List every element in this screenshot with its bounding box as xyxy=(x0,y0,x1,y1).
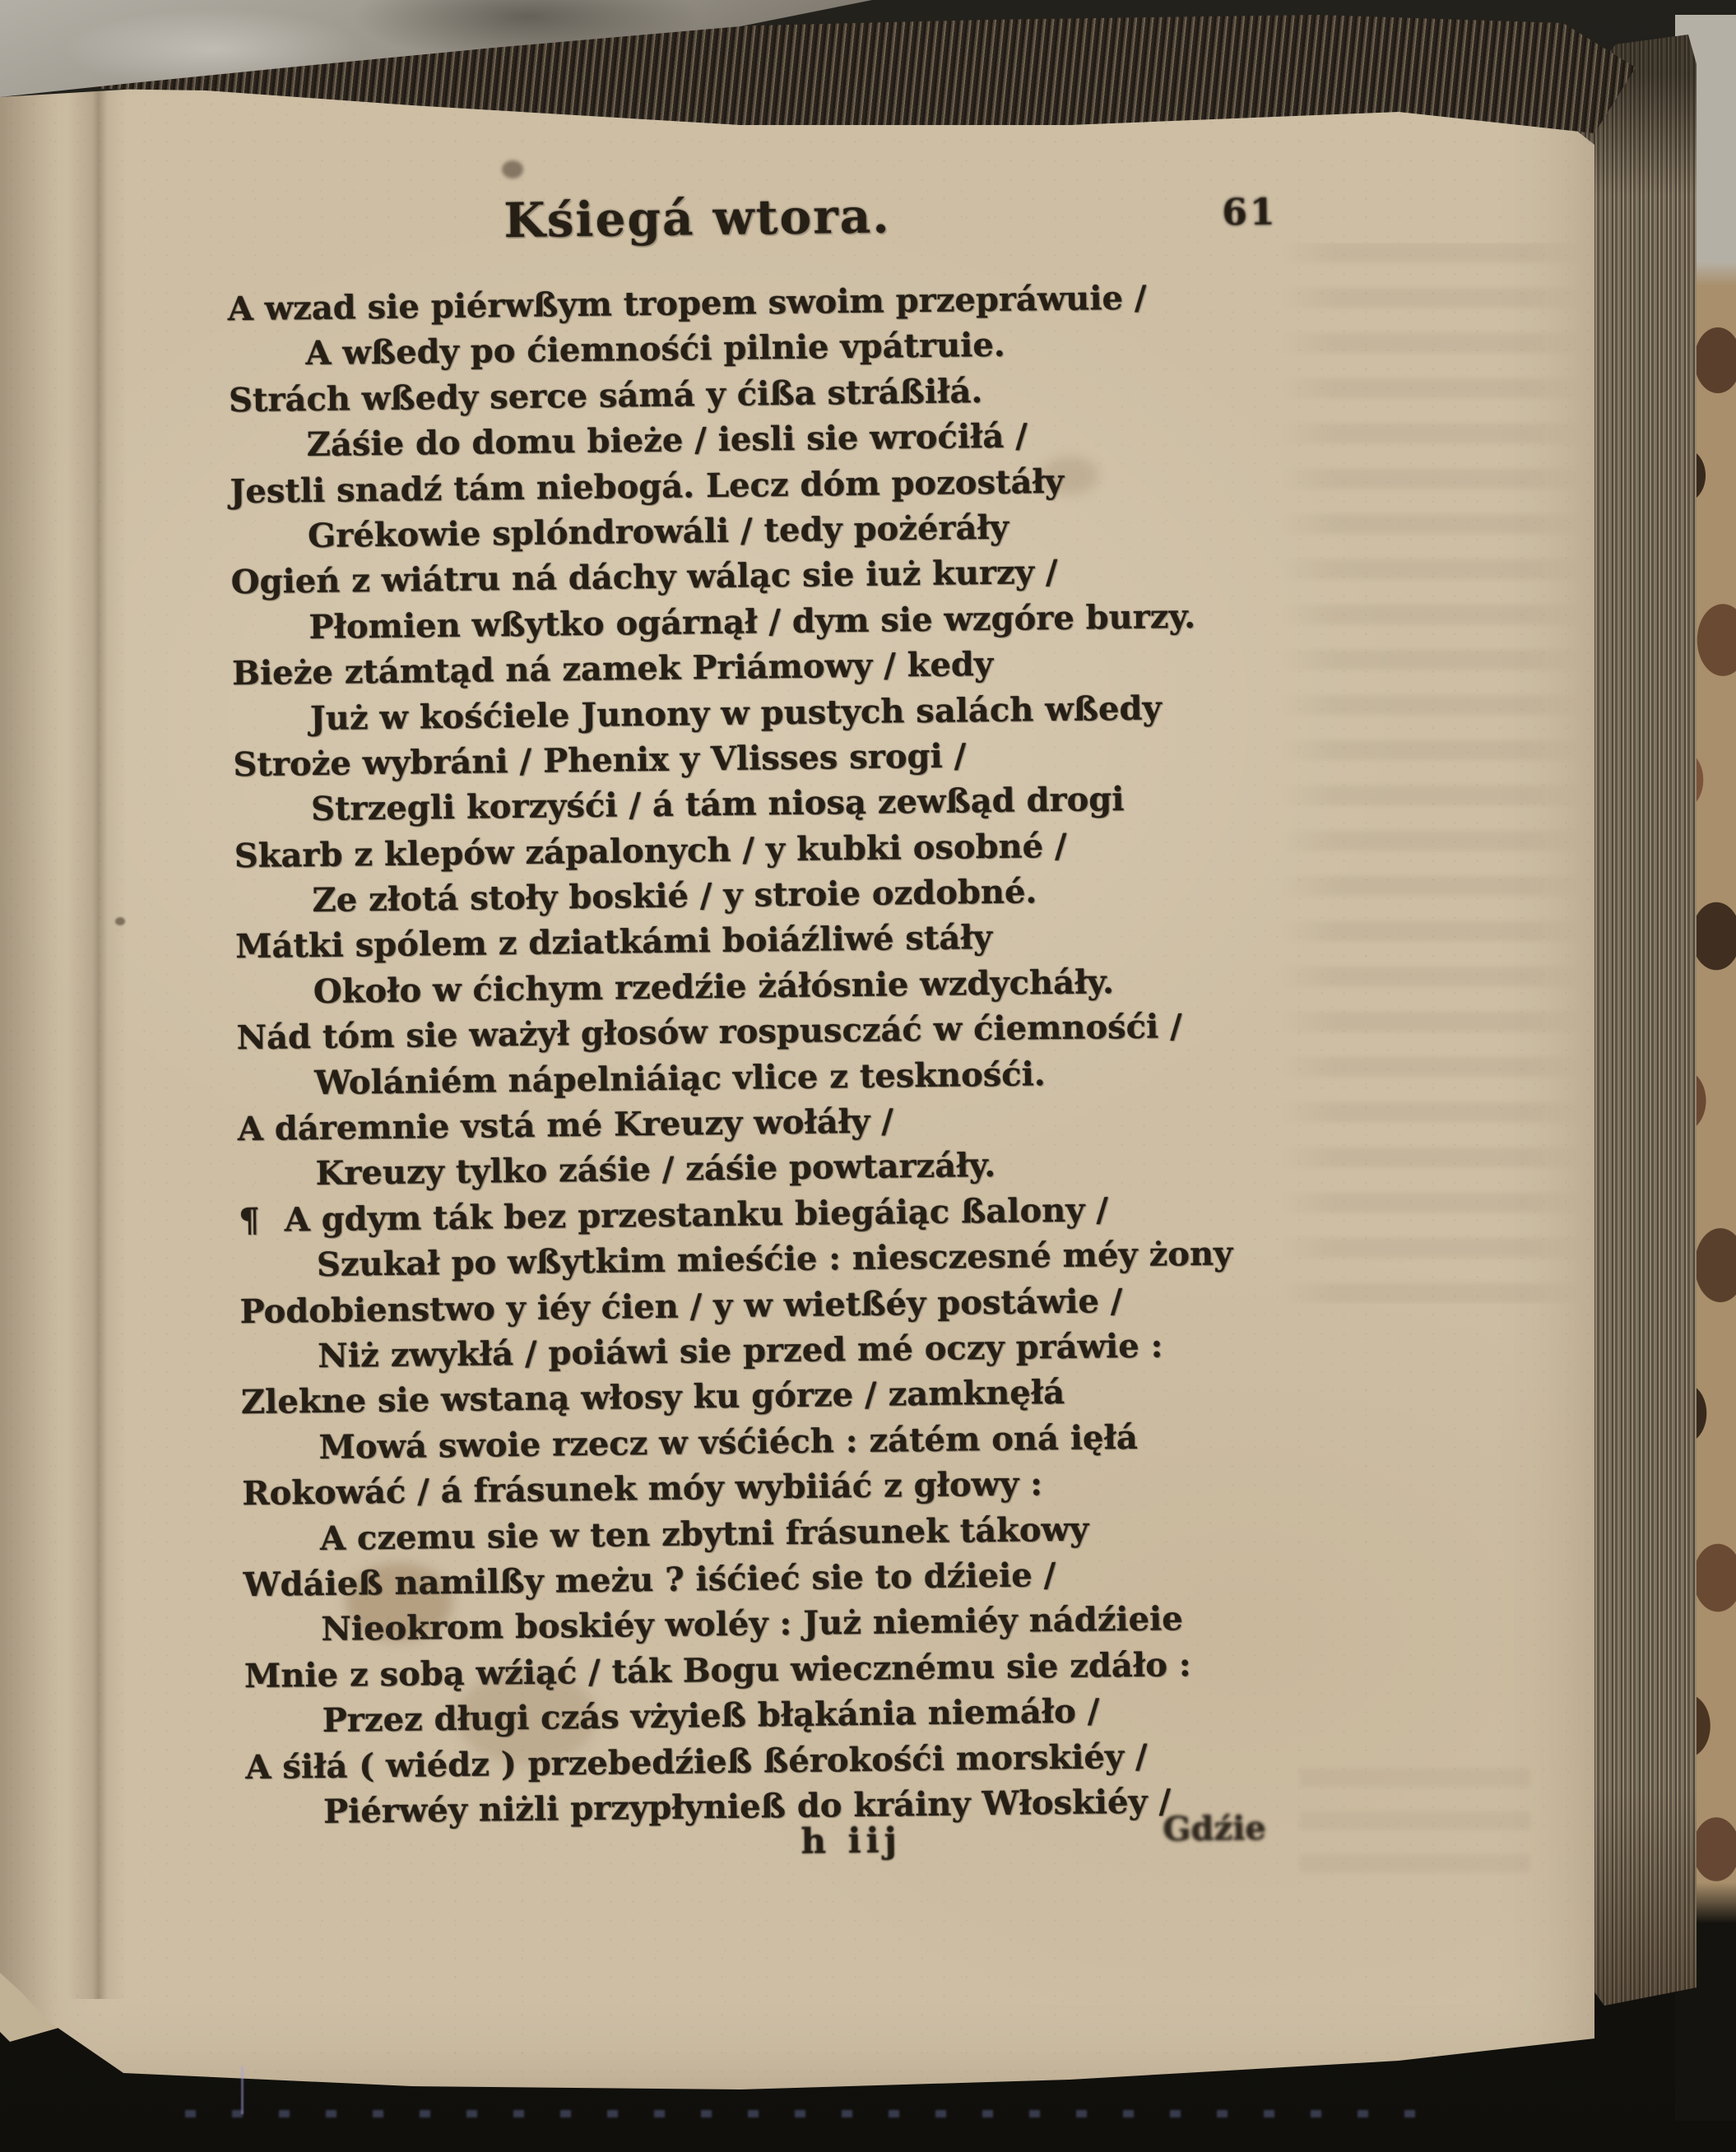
poem-line: A wzad sie piérwßym tropem swoim przeprá… xyxy=(227,274,1221,332)
poem-line: Szukał po wßytkim mieśćie : niesczesné m… xyxy=(239,1231,1233,1289)
poem-line: Podobienstwo y iéy ćien / y w wietßéy po… xyxy=(239,1277,1233,1334)
poem-line: Wolániém nápelniáiąc vlice z tesknośći. xyxy=(237,1049,1231,1106)
poem-line: Strách wßedy serce sámá y ćißa stráßiłá. xyxy=(229,365,1223,423)
poem-line: Wdáieß namilßy meżu ? iśćieć sie to dźie… xyxy=(243,1550,1237,1607)
poem-line: Stroże wybráni / Phenix y Vlisses srogi … xyxy=(233,730,1227,787)
poem-line: Nieokrom boskiéy woléy : Już niemiéy nád… xyxy=(244,1596,1237,1653)
poem-line: Ze złotá stoły boskié / y stroie ozdobné… xyxy=(234,866,1228,924)
poem-line: Skarb z klepów zápalonych / y kubki osob… xyxy=(234,821,1228,879)
poem-line: A wßedy po ćiemnośći pilnie vpátruie. xyxy=(228,320,1222,378)
poem-line: Niż zwykłá / poiáwi sie przed mé oczy pr… xyxy=(240,1322,1234,1380)
book-page: Kśiegá wtora. 61 A wzad sie piérwßym tro… xyxy=(0,0,1596,2099)
signature-mark: h iij xyxy=(801,1820,902,1861)
gutter-shadow xyxy=(67,82,127,1999)
poem-line: Jestli snadź tám niebogá. Lecz dóm pozos… xyxy=(230,457,1223,514)
poem-line: Mowá swoie rzecz w vśćiéch : zátém oná i… xyxy=(241,1413,1235,1471)
stain xyxy=(457,1670,596,1765)
poem-line: Kreuzy tylko záśie / záśie powtarzáły. xyxy=(238,1140,1232,1198)
ink-fleck xyxy=(502,160,523,179)
poem-line: Ogień z wiátru ná dáchy wáląc sie iuż ku… xyxy=(230,548,1224,605)
printed-content: Kśiegá wtora. 61 A wzad sie piérwßym tro… xyxy=(0,0,1608,2103)
stain xyxy=(1041,457,1098,494)
bleedthrough-text xyxy=(1300,1769,1530,1892)
poem-line: Záśie do domu bieże / iesli sie wroćiłá … xyxy=(229,411,1223,469)
poem-line: ¶A gdym ták bez przestanku biegáiąc ßalo… xyxy=(239,1185,1232,1243)
scan-artifact-tick xyxy=(241,2066,244,2114)
bleedthrough-text xyxy=(1279,243,1584,1304)
poem-line: A dáremnie vstá mé Kreuzy wołáły / xyxy=(238,1094,1232,1152)
left-edge-shade xyxy=(0,82,58,2024)
poem-line: Mnie z sobą wźiąć / ták Bogu wiecznému s… xyxy=(244,1641,1238,1699)
ink-fleck xyxy=(115,917,125,925)
poem-line: Strzegli korzyśći / á tám niosą zewßąd d… xyxy=(234,776,1228,833)
pilcrow-mark: ¶ xyxy=(239,1198,260,1244)
poem-line: Przez długi czás vżyieß błąkánia niemáło… xyxy=(244,1686,1238,1744)
poem-line: Rokowáć / á frásunek móy wybiiáć z głowy… xyxy=(242,1459,1236,1517)
poem-line: Piérwéy niżli przypłynieß do kráiny Włos… xyxy=(246,1778,1240,1835)
poem-line: Około w ćichym rzedźie żáłósnie wzdycháł… xyxy=(236,958,1230,1015)
poem-line: A śiłá ( wiédz ) przebedźieß ßérokośći m… xyxy=(245,1732,1239,1790)
catchword: Gdźie xyxy=(1163,1809,1266,1849)
page-number: 61 xyxy=(1222,192,1278,234)
running-title: Kśiegá wtora. xyxy=(466,188,928,249)
stain xyxy=(346,1563,453,1641)
poem-line: Nád tóm sie ważył głosów rospusczáć w ći… xyxy=(236,1004,1230,1061)
poem-line: Grékowie splóndrowáli / tedy pożéráły xyxy=(230,502,1224,559)
poem: A wzad sie piérwßym tropem swoim przeprá… xyxy=(227,274,1239,1835)
poem-line: Płomien wßytko ogárnął / dym sie wzgóre … xyxy=(231,593,1225,651)
poem-line: Zlekne sie wstaną włosy ku górze / zamkn… xyxy=(241,1368,1235,1426)
scan-artifact-line xyxy=(185,2110,1436,2117)
poem-line: A czemu sie w ten zbytni frásunek tákowy xyxy=(243,1505,1237,1562)
poem-line: Mátki spólem z dziatkámi boiáźliwé stáły xyxy=(235,912,1229,970)
poem-line: Już w kośćiele Junony w pustych salách w… xyxy=(232,684,1226,742)
poem-line: Bieże ztámtąd ná zamek Priámowy / kedy xyxy=(232,639,1226,697)
